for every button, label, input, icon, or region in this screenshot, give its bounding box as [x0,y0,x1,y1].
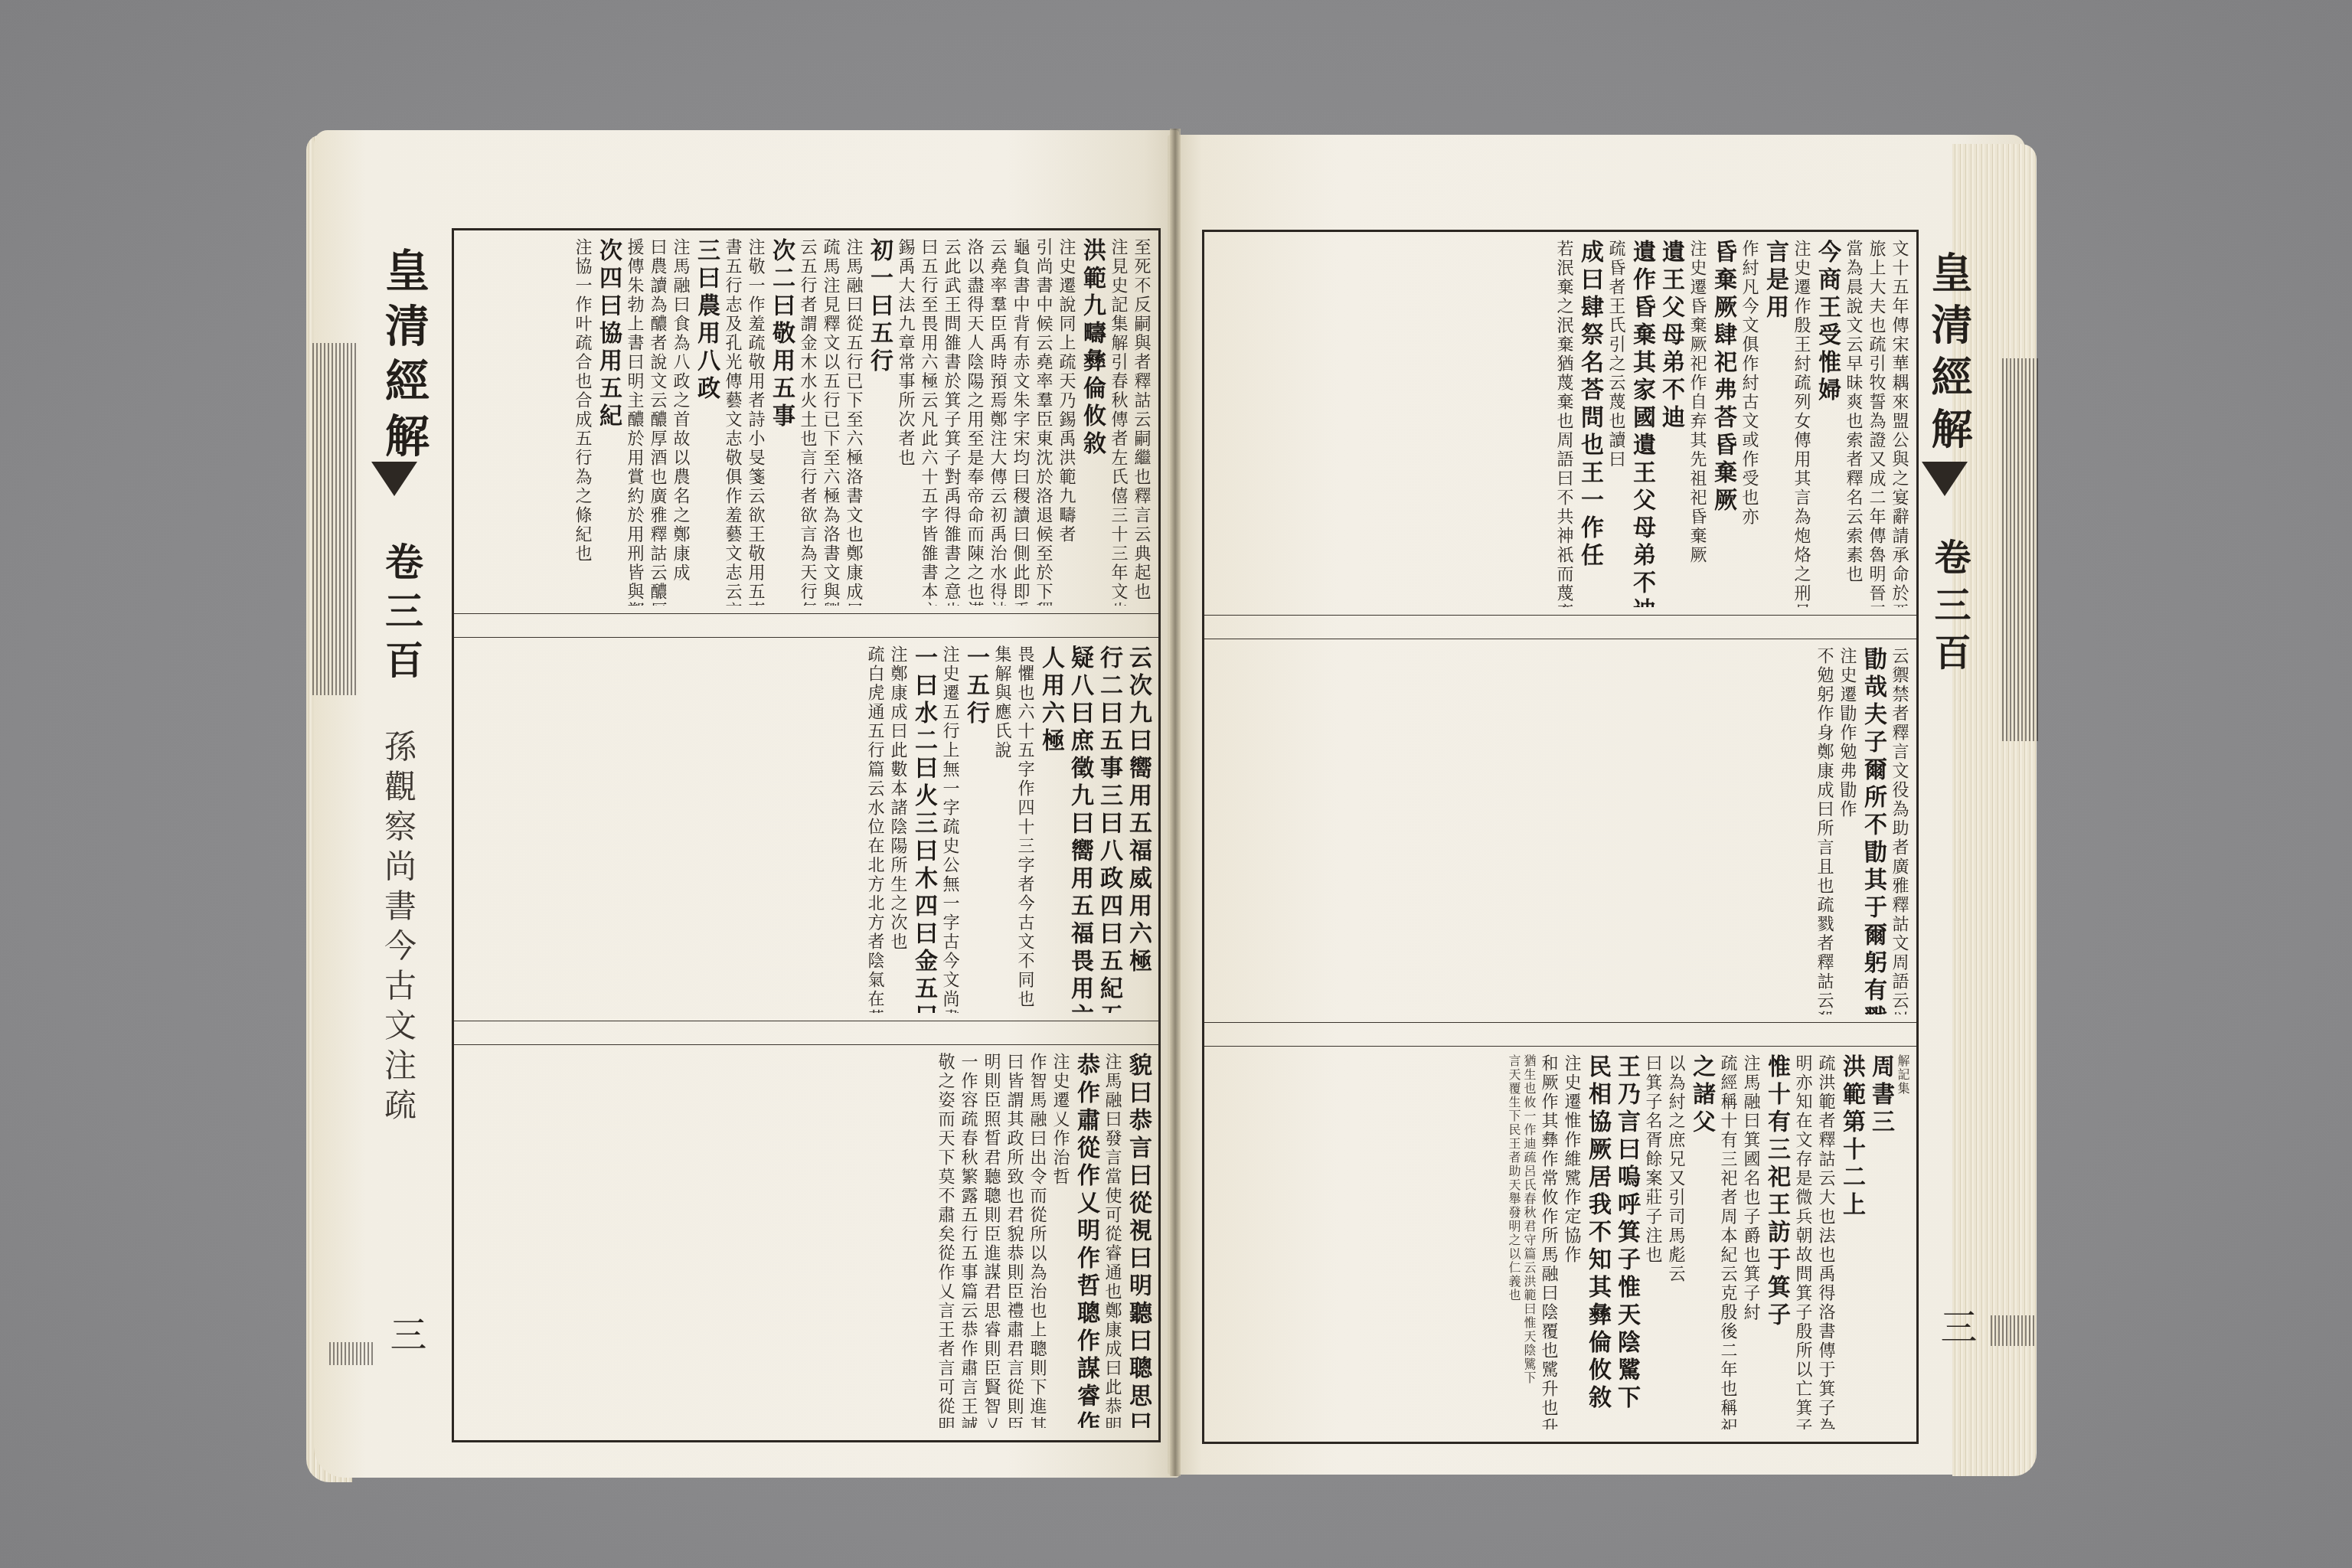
text-column: 和厥作其彝作常攸作所馬融曰陰覆也騭升也升猶舉也舉 [1537,1054,1560,1429]
main-text-column: 初一曰五行 [864,238,893,606]
left-middle-register: 云次九曰嚮用五福威用六極 行二曰五事三曰八政四曰五紀五曰皇極六曰三德七曰稽 疑八… [454,638,1158,1021]
right-text-frame: 文十五年傳宋華耦來盟公與之宴辭請承命於亞旅注云亞 旅上大夫也疏引牧誓為證又成二年… [1202,230,1919,1444]
text-column: 作紂凡今文俱作紂古文或作受也亦 [1737,240,1760,607]
text-column: 猶生也攸一作迪疏呂氏春秋君守篇云洪範曰惟天陰騭下 [1521,1054,1537,1429]
main-text-column: 遺作昏棄其家國遺王父母弟不迪作其王父母弟不用鄭康 [1627,240,1656,607]
main-text-column: 一曰水二曰火三曰木四曰金五曰土 [909,645,938,1013]
right-edge-page-number-smear [1991,1315,2037,1346]
main-text-column: 洪範九疇彝倫攸敘 [1077,238,1106,606]
right-register-divider-2 [1204,1022,1916,1047]
text-column: 文十五年傳宋華耦來盟公與之宴辭請承命於亞旅注云亞 [1887,240,1910,607]
text-column: 龜負書中背有赤文朱字宋均曰稷讀曰側此即禹所受洛書 [1008,238,1031,606]
text-column: 以為紂之庶兄又引司馬彪云 [1664,1054,1687,1429]
left-margin-work-title: 孫觀察尚書今古文注疏 [375,730,421,1128]
text-column: 疏昏者王氏引之云蔑也讀曰 [1604,240,1627,607]
main-text-column: 勖哉夫子爾所不勖其于爾躬有戮 [1858,647,1887,1014]
text-column: 曰箕子名胥餘案莊子注也 [1641,1054,1664,1429]
left-page-number: 三 [379,1315,432,1358]
left-register-divider-2 [454,1021,1158,1045]
text-column: 注史遷惟作維騭作定協作 [1560,1054,1583,1429]
text-column: 云此武王問雒書於箕子箕子對禹得雒書之意也又于初一 [939,238,962,606]
right-lower-register: 解記集 周書三 洪範第十二上 疏洪範者釋詁云大也法也禹得洛書傳于箕子為武王陳之 … [1204,1047,1916,1437]
main-text-column: 人用六極 [1036,645,1065,1013]
right-page-number: 三 [1929,1308,1982,1351]
text-column: 畏懼也六十五字作四十三字者今古文不同也 [1013,645,1036,1013]
right-middle-register: 云禦禁者釋言文役為助者廣雅釋詁文周語云以役上令注 勖哉夫子爾所不勖其于爾躬有戮 … [1204,639,1916,1022]
section-title-zhoushu: 周書三 [1866,1054,1895,1429]
main-text-column: 民相協厥居我不知其彝倫攸敘 [1583,1054,1612,1429]
text-column: 注敬一作羞疏敬用者詩小旻箋云欲王敬用五事 [743,238,766,606]
main-text-column: 疑八曰庶徵九曰嚮用五福畏用六極 [1065,645,1094,1013]
collection-note: 解記集 [1895,1054,1910,1429]
main-text-column: 三曰農用八政 [691,238,720,606]
main-text-column: 遺王父母弟不迪 [1656,240,1685,607]
text-column: 注鄭康成曰此數本諸陰陽所生之次也 [886,645,909,1013]
right-volume-label: 卷三百 [1923,538,1976,681]
text-column: 曰五行至畏用六極云凡此六十五字皆雒書本文所謂天迺 [916,238,939,606]
left-edge-page-number-smear [329,1342,375,1365]
left-running-head: 皇清經解 [371,247,436,468]
text-column: 注史遷作殷王紂疏列女傳用其言為炮烙之刑見泰誓 [1789,240,1812,607]
text-column: 明亦知在文存是微兵朝故問箕子殷所以亡箕子不忍言殷惡以存亡國宜告武王 [1791,1054,1814,1429]
text-column: 注史遷勖作勉弗勖作 [1835,647,1858,1014]
text-column: 疏白虎通五行篇云水位在北方北方者陰氣在黃泉之下 [863,645,886,1013]
left-fish-tail-ornament [371,462,417,531]
text-column: 援傳朱勃上書曰明主醲於用賞約於用刑皆與鄭義同也 [622,238,645,606]
main-text-column: 惟十有三祀王訪于箕子 [1762,1054,1791,1429]
left-lower-register: 貌曰恭言曰從視曰明聽曰聰思曰睿 注馬融曰發言當使可從睿通也鄭康成曰此恭明聰睿行之… [454,1045,1158,1436]
text-column: 曰農讀為醲者說文云醲厚酒也廣雅釋詁云醲厚也後漢書馬 [645,238,668,606]
left-upper-register: 至死不反嗣與者釋詁云嗣繼也釋言云典起也 注見史記集解引春秋傳者左氏僖三十三年文也… [454,230,1158,613]
right-upper-register: 文十五年傳宋華耦來盟公與之宴辭請承命於亞旅注云亞 旅上大夫也疏引牧誓為證又成二年… [1204,232,1916,615]
text-column: 注馬融曰箕國名也子爵也箕子紂 [1739,1054,1762,1429]
left-register-divider-1 [454,613,1158,638]
text-column: 疏經稱十有三祀者周本紀云克殷後二年也稱祀者 [1716,1054,1739,1429]
main-text-column: 王乃言曰嗚呼箕子惟天陰騭下 [1612,1054,1641,1429]
text-column: 書五行志及孔光傳藝文志敬俱作羞藝文志云言敬用五事以順五行也 [720,238,743,606]
chapter-note: 疏洪範者釋詁云大也法也禹得洛書傳于箕子為武王陳之 [1814,1054,1837,1429]
right-fish-tail-ornament [1922,462,1968,531]
text-column: 作智馬融曰出令而從所以為治也上聰則下進其謀鄭康成 [1025,1053,1048,1428]
text-column: 云禦禁者釋言文役為助者廣雅釋詁文周語云以役上令注 [1887,647,1910,1014]
text-column: 集解與應氏說 [990,645,1013,1013]
main-text-column: 云次九曰嚮用五福威用六極 [1123,645,1152,1013]
text-column: 不勉躬作身鄭康成曰所言且也疏戮者釋詁云殺也 [1812,647,1835,1014]
text-column: 洛以盡得天人陰陽之用至是奉帝命而陳之也漢書五行志 [962,238,985,606]
main-text-column: 次二曰敬用五事 [766,238,795,606]
main-text-column: 次四曰協用五紀 [593,238,622,606]
book-gutter [1170,129,1181,1476]
main-text-column: 一五行 [961,645,990,1013]
text-column: 引尚書中候云堯率羣臣東沈於洛退候至於下稷赤光起元 [1031,238,1054,606]
text-column: 若泯棄之泯棄猶蔑棄也周語曰不共神祇而蔑棄五則泯傳云 [1552,240,1575,607]
text-column: 注協一作叶疏合也合成五行為之條紀也 [570,238,593,606]
main-text-column: 行二曰五事三曰八政四曰五紀五曰皇極六曰三德七曰稽 [1094,645,1123,1013]
text-column: 注見史記集解引春秋傳者左氏僖三十三年文也 [1106,238,1129,606]
main-text-column: 貌曰恭言曰從視曰明聽曰聰思曰睿 [1123,1053,1152,1428]
chapter-title-hongfan: 洪範第十二上 [1837,1054,1866,1429]
right-running-head: 皇清經解 [1920,251,1979,459]
text-column: 疏馬注見釋文以五行已下至六極為洛書文與劉歆說同 [818,238,841,606]
main-text-column: 恭作肅從作乂明作哲聰作謀睿作聖 [1071,1053,1100,1428]
text-column: 云堯率羣臣禹時預焉鄭注大傳云初禹治水得神龜負文於 [985,238,1008,606]
main-text-column: 昏棄厥肆祀弗荅昏棄厥 [1708,240,1737,607]
text-column: 錫禹大法九章常事所次者也 [893,238,916,606]
left-volume-label: 卷三百 [374,542,429,689]
text-column: 注史遷說同上疏天乃錫禹洪範九疇者 [1054,238,1077,606]
text-column: 一作容疏春秋繁露五行五事篇云恭作肅言王誠能內有恭 [956,1053,979,1428]
text-column: 云五行者謂金木水火土也言行者欲言為天行氣之義也 [795,238,818,606]
right-register-divider-1 [1204,615,1916,639]
text-column: 注馬融曰從五行已下至六極洛書文也鄭康成曰行者順天行氣 [841,238,864,606]
text-column: 曰皆謂其政所致也君貌恭則臣禮肅君言從則臣職治君視 [1002,1053,1025,1428]
text-column: 至死不反嗣與者釋詁云嗣繼也釋言云典起也 [1129,238,1152,606]
text-column: 注史遷昏棄厥祀作自弃其先祖祀昏棄厥 [1685,240,1708,607]
text-column: 當為晨說文云早昧爽也索者釋名云索素也 [1841,240,1864,607]
text-column: 注史遷乂作治哲 [1048,1053,1071,1428]
text-column: 注馬融曰食為八政之首故以農名之鄭康成 [668,238,691,606]
main-text-column: 成曰肆祭名荅問也王一作任 [1575,240,1604,607]
text-column: 注馬融曰發言當使可從睿通也鄭康成曰此恭明聰睿行之於我身 [1100,1053,1123,1428]
main-text-column: 之諸父 [1687,1054,1716,1429]
left-edge-ink-smear [312,343,358,695]
open-book: 皇清經解 卷三百 孫觀察尚書今古文注疏 三 至死不反嗣與者釋詁云嗣繼也釋言云典起… [306,113,2037,1476]
text-column: 注史遷五行上無一字疏史公無一字古今文尚書 [938,645,961,1013]
right-edge-ink-smear [2002,358,2040,741]
text-column: 敬之姿而天下莫不肅矣從作乂言王者言可從明 [933,1053,956,1428]
left-text-frame: 至死不反嗣與者釋詁云嗣繼也釋言云典起也 注見史記集解引春秋傳者左氏僖三十三年文也… [452,228,1161,1442]
main-text-column: 今商王受惟婦 [1812,240,1841,607]
text-column: 明則臣照晳君聽聰則臣進謀君思睿則臣賢智乂一作艾睿 [979,1053,1002,1428]
main-text-column: 言是用 [1760,240,1789,607]
text-column: 言天覆生下民王者助天舉發明之以仁義也 [1506,1054,1521,1429]
text-column: 旅上大夫也疏引牧誓為證又成二年傳魯明晉三帥三命之 [1864,240,1887,607]
